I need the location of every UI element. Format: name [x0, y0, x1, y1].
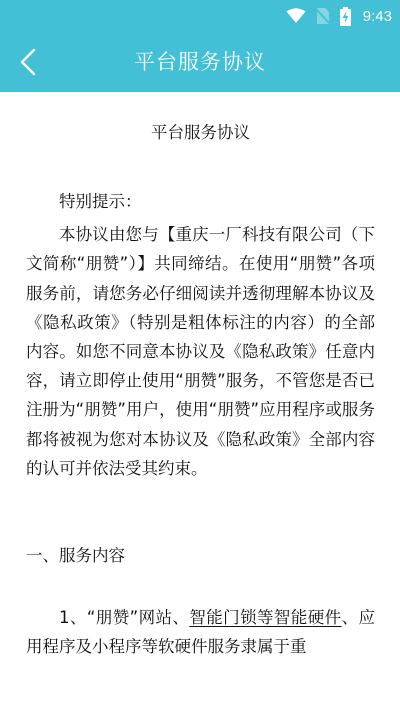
wifi-icon [286, 8, 306, 24]
toolbar: 平台服务协议 [0, 32, 400, 92]
app-bar: 9:43 平台服务协议 [0, 0, 400, 92]
battery-charging-icon [340, 7, 351, 26]
status-time: 9:43 [363, 8, 392, 25]
status-bar: 9:43 [0, 0, 400, 32]
intro-paragraph: 本协议由您与【重庆一厂科技有限公司（下文简称“朋赞”）】共同缔结。在使用“朋赞”… [26, 220, 375, 483]
no-sim-icon [316, 7, 330, 25]
spacer [26, 483, 375, 541]
tip-heading: 特别提示： [26, 187, 375, 216]
agreement-content[interactable]: 平台服务协议 特别提示： 本协议由您与【重庆一厂科技有限公司（下文简称“朋赞”）… [0, 92, 400, 711]
section-heading-service-content: 一、服务内容 [26, 541, 375, 570]
page-title: 平台服务协议 [0, 32, 400, 92]
document-title: 平台服务协议 [26, 92, 375, 187]
service-item-1: 1、“朋赞”网站、智能门锁等智能硬件、应用程序及小程序等软硬件服务隶属于重 [26, 603, 375, 661]
item-prefix: 1、“朋赞”网站、 [59, 608, 189, 627]
underlined-text: 智能门锁等智能硬件 [189, 608, 341, 627]
spacer [26, 570, 375, 603]
